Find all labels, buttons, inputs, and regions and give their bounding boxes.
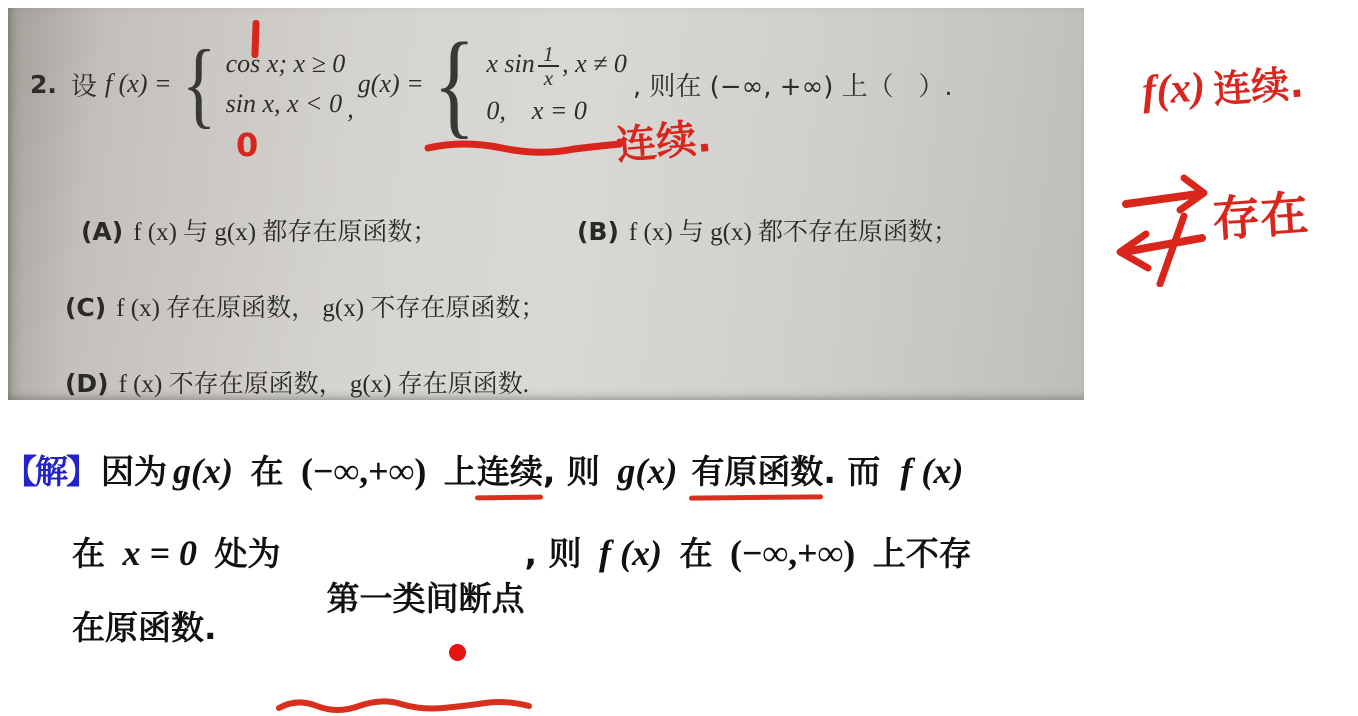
side-note-fx-continuous: f(x) 连续. bbox=[1140, 52, 1305, 118]
math-gx: g(x) bbox=[167, 450, 239, 492]
math-gx: g(x) bbox=[611, 450, 683, 492]
side-note-continuous: 连续. bbox=[1211, 52, 1305, 113]
f-case-2: sin x, x < 0 bbox=[226, 88, 346, 120]
ink-limit-value-one-mark bbox=[251, 20, 259, 58]
underlined-has-antiderivative: 有原函数 bbox=[691, 446, 823, 493]
math-fx: f (x) bbox=[894, 450, 969, 492]
solution-tag: 【解】 bbox=[4, 446, 97, 493]
f-case-1: cos x; x ≥ 0 bbox=[226, 48, 346, 80]
g-definition-label: g(x) = bbox=[358, 69, 424, 99]
underlined-continuous: 连续 bbox=[477, 446, 543, 493]
fraction-1-over-x: 1 x bbox=[538, 43, 559, 89]
ink-continuous-note: 连续. bbox=[614, 106, 714, 171]
problem-card: 2. 设 f (x) = { cos x; x ≥ 0 sin x, x < 0… bbox=[8, 8, 1084, 400]
option-c-label: (C) bbox=[65, 293, 106, 322]
solution-line-1: 【解】 因为 g(x) 在 (−∞,+∞) 上 连续 , 则 g(x) 有原函数… bbox=[4, 446, 969, 493]
g-case-2: 0, x = 0 bbox=[486, 95, 627, 127]
solution-line-3: 在原函数. bbox=[72, 602, 217, 649]
option-a-text: f (x) 与 g(x) 都存在原函数； bbox=[133, 219, 437, 246]
implies-arrows-icon bbox=[1112, 172, 1222, 287]
math-fx: f (x) bbox=[593, 532, 668, 574]
laser-pointer-dot bbox=[449, 644, 466, 661]
option-b-text: f (x) 与 g(x) 都不存在原函数； bbox=[629, 219, 958, 246]
option-b-label: (B) bbox=[577, 217, 619, 246]
comma-separator: , bbox=[347, 94, 354, 124]
wavy-underlined-first-kind-discontinuity: 第一类间断点 bbox=[281, 534, 525, 688]
g-case-1: x sin 1 x , x ≠ 0 bbox=[486, 41, 627, 87]
math-x-equals-0: x = 0 bbox=[117, 532, 204, 574]
f-definition-label: f (x) = bbox=[105, 69, 172, 99]
option-c-text: f (x) 存在原函数， g(x) 不存在原函数； bbox=[116, 295, 545, 322]
g-brace: { bbox=[433, 28, 475, 140]
option-a-label: (A) bbox=[81, 217, 123, 246]
question-tail: , 则在 (−∞, +∞) 上（ ）. bbox=[633, 66, 953, 103]
problem-number: 2. bbox=[30, 70, 57, 99]
math-interval: (−∞,+∞) bbox=[724, 532, 861, 574]
side-note-fx: f(x) bbox=[1141, 63, 1207, 115]
option-d-label: (D) bbox=[65, 369, 109, 398]
ink-underline-g-definition bbox=[424, 136, 624, 162]
ink-limit-value-zero-mark: 0 bbox=[236, 126, 258, 164]
f-cases: cos x; x ≥ 0 sin x, x < 0 bbox=[222, 48, 346, 120]
option-b: (B)f (x) 与 g(x) 都不存在原函数； bbox=[552, 184, 958, 276]
problem-lead: 设 bbox=[71, 66, 97, 103]
option-d-text: f (x) 不存在原函数， g(x) 存在原函数. bbox=[119, 371, 529, 398]
side-note-exists: 存在 bbox=[1210, 175, 1311, 251]
math-interval: (−∞,+∞) bbox=[295, 450, 432, 492]
g-cases: x sin 1 x , x ≠ 0 0, x = 0 bbox=[482, 41, 627, 127]
option-d: (D)f (x) 不存在原函数， g(x) 存在原函数. bbox=[40, 336, 529, 428]
problem-statement: 2. 设 f (x) = { cos x; x ≥ 0 sin x, x < 0… bbox=[30, 28, 953, 140]
f-brace: { bbox=[181, 39, 216, 129]
